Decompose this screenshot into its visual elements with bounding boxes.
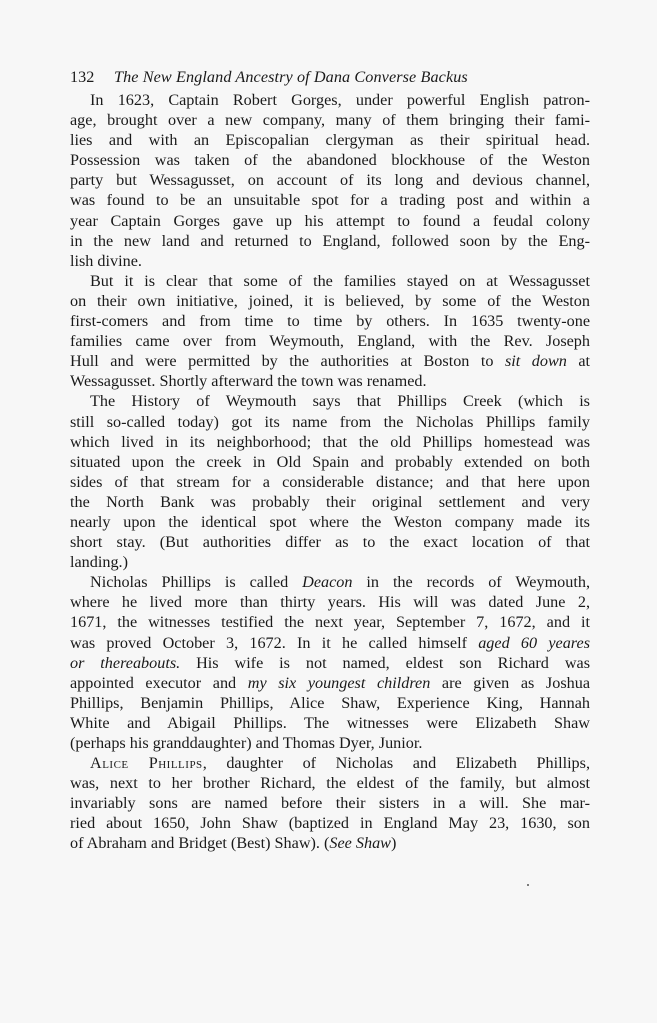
text-line: nearly upon the identical spot where the… bbox=[70, 512, 590, 532]
paragraph-alice-phillips: Alice Phillips, daughter of Nicholas and… bbox=[70, 753, 590, 853]
italic-phrase: or thereabouts. bbox=[70, 654, 180, 672]
text-line: lish divine. bbox=[70, 251, 590, 271]
text-line: first-comers and from time to time by ot… bbox=[70, 311, 590, 331]
text-span: are given as Joshua bbox=[430, 674, 590, 692]
text-line: was proved October 3, 1672. In it he cal… bbox=[70, 633, 590, 653]
text-line: landing.) bbox=[70, 552, 590, 572]
paragraph-gorges: In 1623, Captain Robert Gorges, under po… bbox=[70, 90, 590, 271]
text-line: Wessagusset. Shortly afterward the town … bbox=[70, 371, 590, 391]
running-title: The New England Ancestry of Dana Convers… bbox=[114, 68, 468, 86]
paragraph-nicholas-phillips: Nicholas Phillips is called Deacon in th… bbox=[70, 572, 590, 753]
text-line: which lived in its neighborhood; that th… bbox=[70, 432, 590, 452]
paragraph-wessagusset: But it is clear that some of the familie… bbox=[70, 271, 590, 392]
page-number: 132 bbox=[70, 66, 114, 88]
text-line: short stay. (But authorities differ as t… bbox=[70, 532, 590, 552]
book-page: 132The New England Ancestry of Dana Conv… bbox=[70, 66, 590, 854]
text-line: In 1623, Captain Robert Gorges, under po… bbox=[70, 90, 590, 110]
running-head: 132The New England Ancestry of Dana Conv… bbox=[70, 66, 590, 90]
text-line: age, brought over a new company, many of… bbox=[70, 110, 590, 130]
text-line: ried about 1650, John Shaw (baptized in … bbox=[70, 813, 590, 833]
text-line: White and Abigail Phillips. The witnesse… bbox=[70, 713, 590, 733]
text-span: at bbox=[567, 352, 590, 370]
text-line: in the new land and returned to England,… bbox=[70, 231, 590, 251]
italic-phrase: my six youngest children bbox=[248, 674, 431, 692]
text-line: where he lived more than thirty years. H… bbox=[70, 592, 590, 612]
text-span: in the records of Weymouth, bbox=[353, 573, 591, 591]
text-line: appointed executor and my six youngest c… bbox=[70, 673, 590, 693]
text-span: His wife is not named, eldest son Richar… bbox=[180, 654, 590, 672]
text-span: was proved October 3, 1672. In it he cal… bbox=[70, 634, 478, 652]
text-span: Hull and were permitted by the authoriti… bbox=[70, 352, 505, 370]
text-span: of Abraham and Bridget (Best) Shaw). ( bbox=[70, 834, 329, 852]
text-span: appointed executor and bbox=[70, 674, 248, 692]
text-line: Hull and were permitted by the authoriti… bbox=[70, 351, 590, 371]
text-line: lies and with an Episcopalian clergyman … bbox=[70, 130, 590, 150]
text-line: Alice Phillips, daughter of Nicholas and… bbox=[70, 753, 590, 773]
text-line: on their own initiative, joined, it is b… bbox=[70, 291, 590, 311]
text-line: still so-called today) got its name from… bbox=[70, 412, 590, 432]
text-line: or thereabouts. His wife is not named, e… bbox=[70, 653, 590, 673]
scan-speck bbox=[527, 884, 529, 886]
text-line: the North Bank was probably their origin… bbox=[70, 492, 590, 512]
body-text: In 1623, Captain Robert Gorges, under po… bbox=[70, 90, 590, 854]
text-line: But it is clear that some of the familie… bbox=[70, 271, 590, 291]
text-line: of Abraham and Bridget (Best) Shaw). (Se… bbox=[70, 833, 590, 853]
text-span: Nicholas Phillips is called bbox=[90, 573, 302, 591]
paragraph-phillips-creek: The History of Weymouth says that Philli… bbox=[70, 391, 590, 572]
text-line: Possession was taken of the abandoned bl… bbox=[70, 150, 590, 170]
text-line: invariably sons are named before their s… bbox=[70, 793, 590, 813]
italic-phrase: sit down bbox=[505, 352, 567, 370]
text-line: 1671, the witnesses testified the next y… bbox=[70, 612, 590, 632]
small-caps-name: Alice Phillips bbox=[90, 754, 203, 772]
italic-phrase: aged 60 yeares bbox=[478, 634, 590, 652]
text-line: Nicholas Phillips is called Deacon in th… bbox=[70, 572, 590, 592]
text-line: Phillips, Benjamin Phillips, Alice Shaw,… bbox=[70, 693, 590, 713]
italic-phrase: Deacon bbox=[302, 573, 352, 591]
text-line: party but Wessagusset, on account of its… bbox=[70, 170, 590, 190]
text-line: was found to be an unsuitable spot for a… bbox=[70, 190, 590, 210]
text-line: (perhaps his granddaughter) and Thomas D… bbox=[70, 733, 590, 753]
text-span: ) bbox=[391, 834, 396, 852]
text-line: families came over from Weymouth, Englan… bbox=[70, 331, 590, 351]
text-line: was, next to her brother Richard, the el… bbox=[70, 773, 590, 793]
text-line: year Captain Gorges gave up his attempt … bbox=[70, 211, 590, 231]
text-line: The History of Weymouth says that Philli… bbox=[70, 391, 590, 411]
text-span: , daughter of Nicholas and Elizabeth Phi… bbox=[203, 754, 590, 772]
text-line: situated upon the creek in Old Spain and… bbox=[70, 452, 590, 472]
cross-reference: See Shaw bbox=[329, 834, 391, 852]
text-line: sides of that stream for a considerable … bbox=[70, 472, 590, 492]
